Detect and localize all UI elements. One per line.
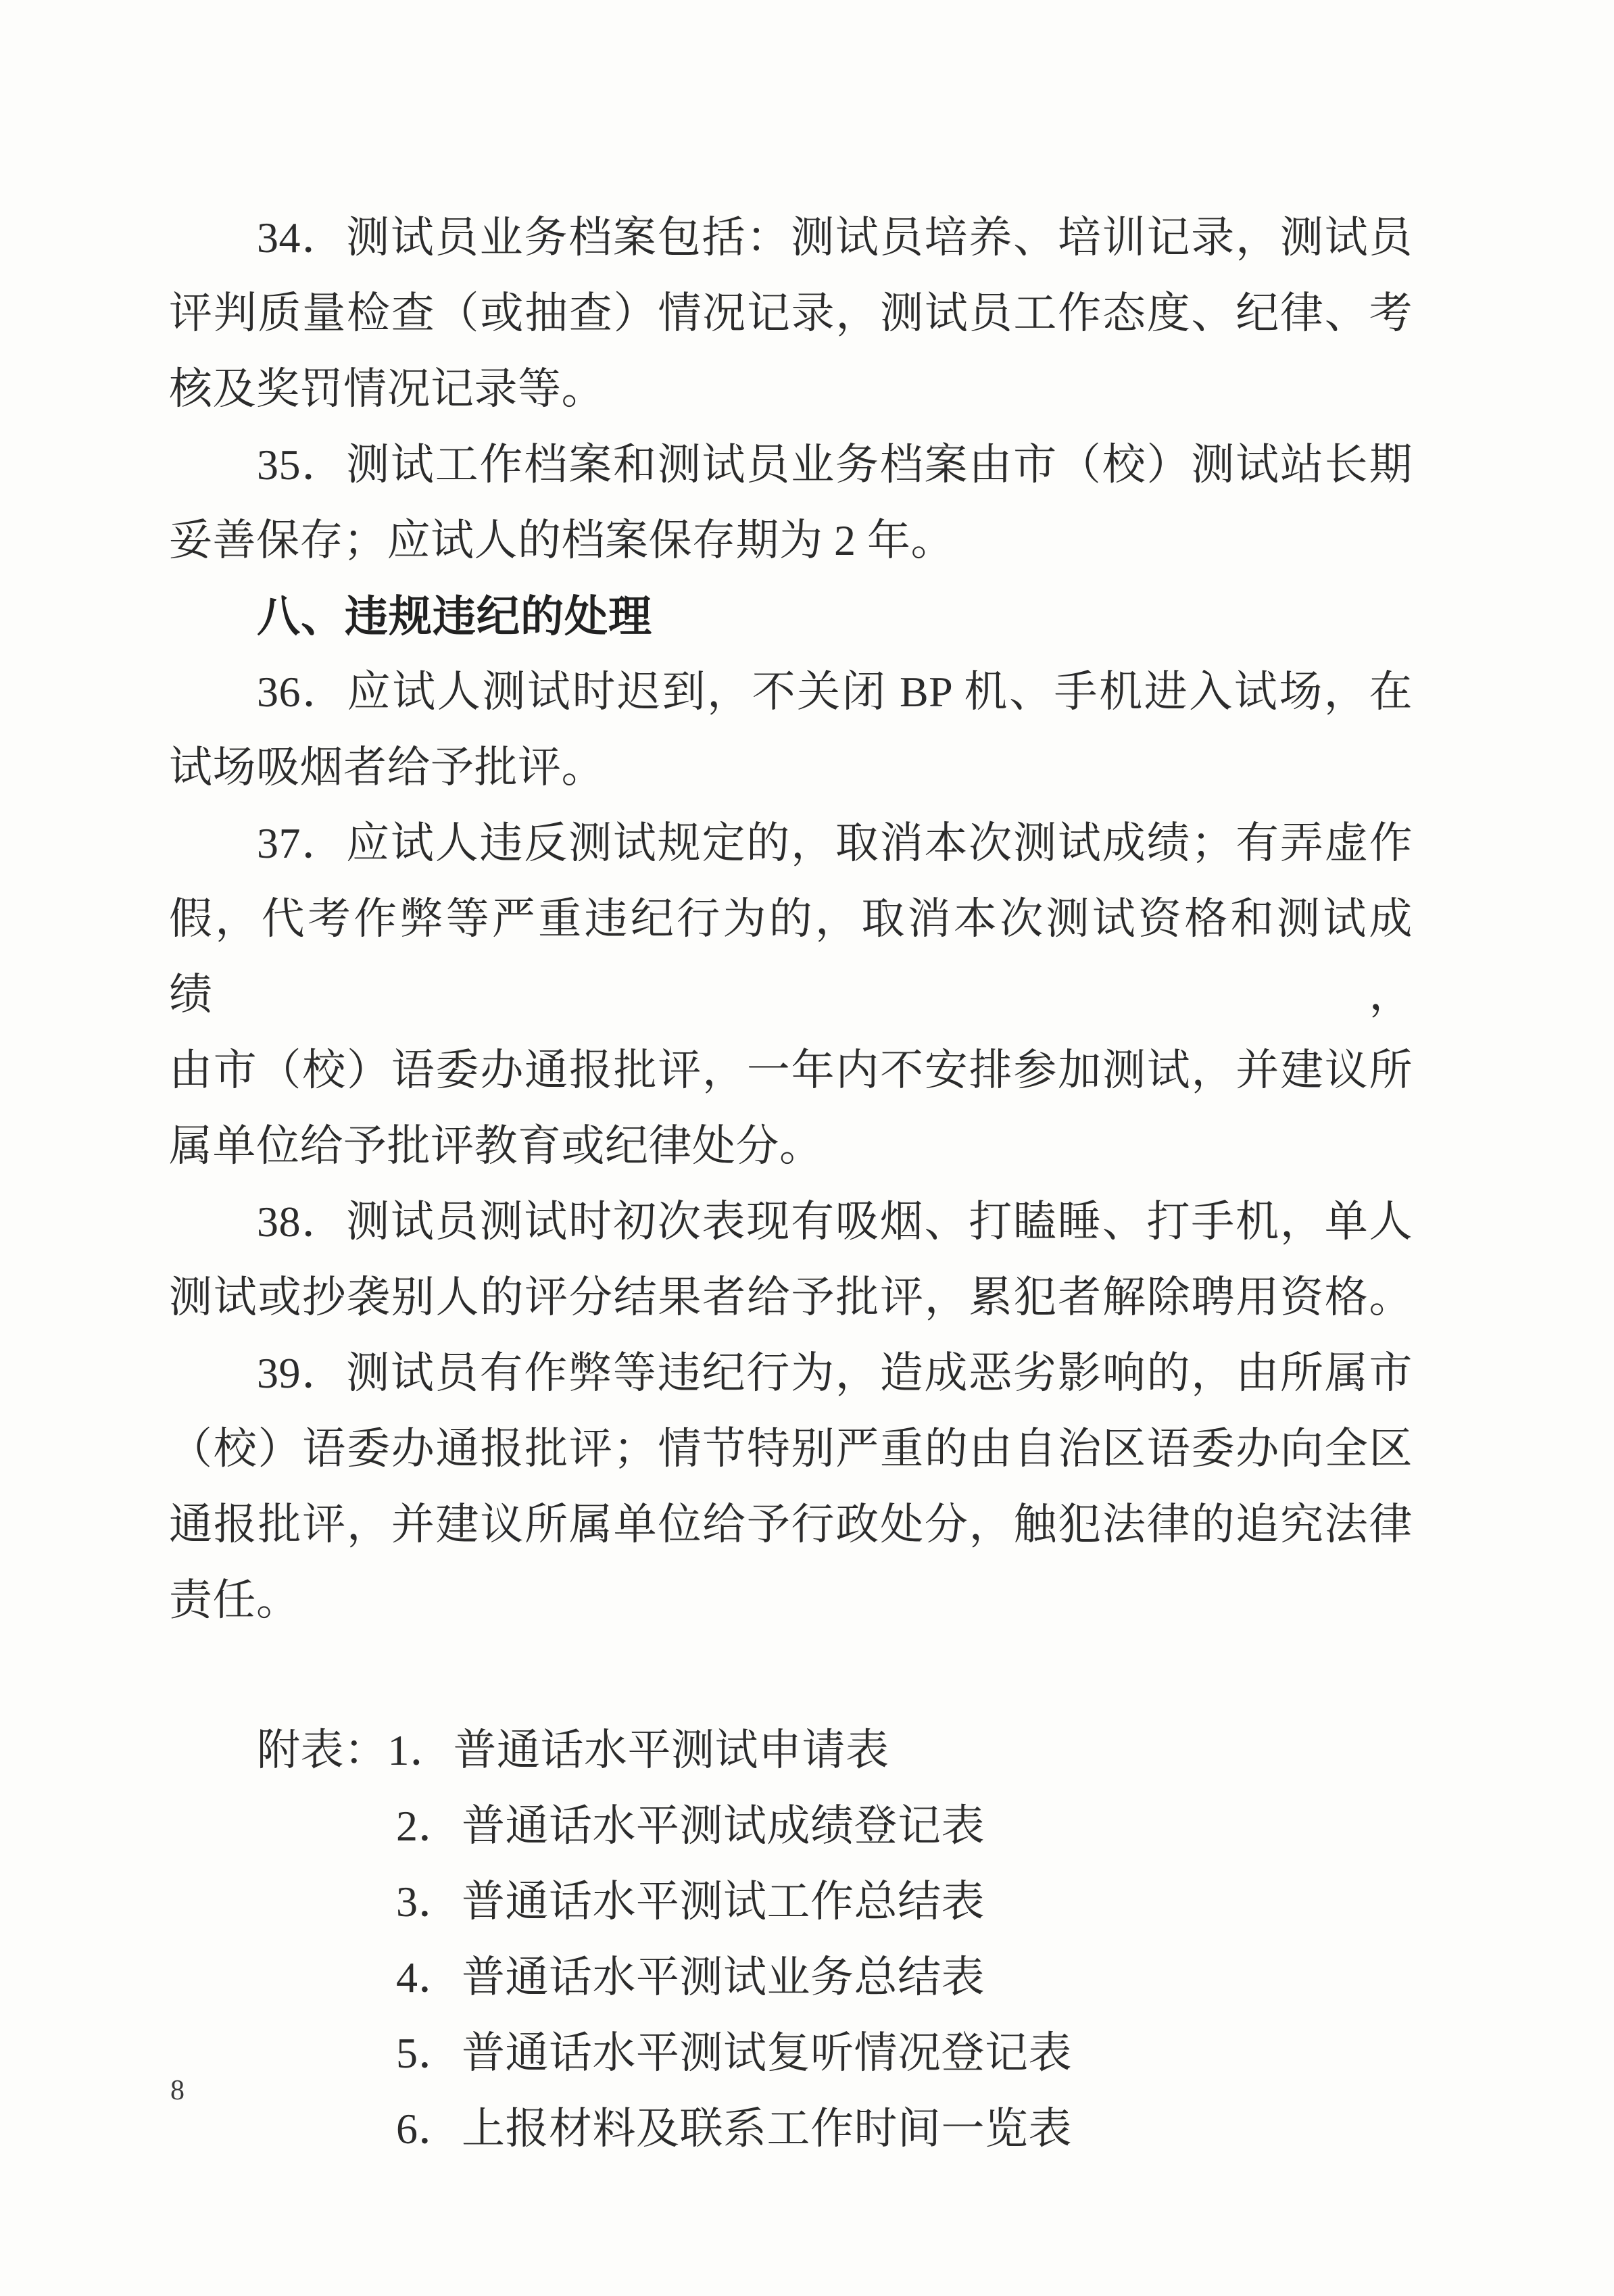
item-39: 39．测试员有作弊等违纪行为，造成恶劣影响的，由所属市（校）语委办通报批评；情节… [169,1336,1413,1638]
appendix-list-line-3: 3．普通话水平测试工作总结表 [169,1864,1413,1940]
item-37-line-2: 假，代考作弊等严重违纪行为的，取消本次测试资格和测试成绩， [169,881,1413,1033]
item-39-line-3: 通报批评，并建议所属单位给予行政处分，触犯法律的追究法律 [169,1487,1413,1563]
item-38: 38．测试员测试时初次表现有吸烟、打瞌睡、打手机，单人测试或抄袭别人的评分结果者… [169,1184,1413,1336]
appendix-list-line-5: 5．普通话水平测试复听情况登记表 [169,2016,1413,2091]
item-38-line-2: 测试或抄袭别人的评分结果者给予批评，累犯者解除聘用资格。 [169,1260,1413,1336]
appendix-list: 附表：1．普通话水平测试申请表2．普通话水平测试成绩登记表3．普通话水平测试工作… [169,1713,1413,2167]
item-38-line-1: 38．测试员测试时初次表现有吸烟、打瞌睡、打手机，单人 [169,1184,1413,1260]
item-34-line-3: 核及奖罚情况记录等。 [169,351,1413,427]
section-heading-8: 八、违规违纪的处理 [169,579,1413,654]
item-37-line-4: 属单位给予批评教育或纪律处分。 [169,1108,1413,1184]
item-35-line-1: 35．测试工作档案和测试员业务档案由市（校）测试站长期 [169,427,1413,503]
page-number: 8 [170,2076,185,2105]
item-34-line-2: 评判质量检查（或抽查）情况记录，测试员工作态度、纪律、考 [169,276,1413,351]
appendix-list-line-6: 6．上报材料及联系工作时间一览表 [169,2091,1413,2167]
section-heading-8-line-1: 八、违规违纪的处理 [169,579,1413,654]
item-39-line-2: （校）语委办通报批评；情节特别严重的由自治区语委办向全区 [169,1411,1413,1487]
document-page: 34．测试员业务档案包括：测试员培养、培训记录，测试员评判质量检查（或抽查）情况… [0,0,1614,2296]
item-37: 37．应试人违反测试规定的，取消本次测试成绩；有弄虚作假，代考作弊等严重违纪行为… [169,806,1413,1184]
item-34: 34．测试员业务档案包括：测试员培养、培训记录，测试员评判质量检查（或抽查）情况… [169,200,1413,427]
item-37-line-3: 由市（校）语委办通报批评，一年内不安排参加测试，并建议所 [169,1033,1413,1108]
item-39-line-1: 39．测试员有作弊等违纪行为，造成恶劣影响的，由所属市 [169,1336,1413,1411]
item-39-line-4: 责任。 [169,1563,1413,1638]
appendix-list-line-2: 2．普通话水平测试成绩登记表 [169,1788,1413,1864]
item-36: 36．应试人测试时迟到，不关闭 BP 机、手机进入试场，在试场吸烟者给予批评。 [169,654,1413,806]
document-body: 34．测试员业务档案包括：测试员培养、培训记录，测试员评判质量检查（或抽查）情况… [169,200,1413,2167]
appendix-list-line-4: 4．普通话水平测试业务总结表 [169,1940,1413,2016]
item-34-line-1: 34．测试员业务档案包括：测试员培养、培训记录，测试员 [169,200,1413,276]
item-37-line-1: 37．应试人违反测试规定的，取消本次测试成绩；有弄虚作 [169,806,1413,881]
appendix-list-line-1: 附表：1．普通话水平测试申请表 [169,1713,1413,1788]
item-35: 35．测试工作档案和测试员业务档案由市（校）测试站长期妥善保存；应试人的档案保存… [169,427,1413,579]
item-35-line-2: 妥善保存；应试人的档案保存期为 2 年。 [169,503,1413,579]
item-36-line-1: 36．应试人测试时迟到，不关闭 BP 机、手机进入试场，在 [169,654,1413,730]
item-36-line-2: 试场吸烟者给予批评。 [169,730,1413,806]
